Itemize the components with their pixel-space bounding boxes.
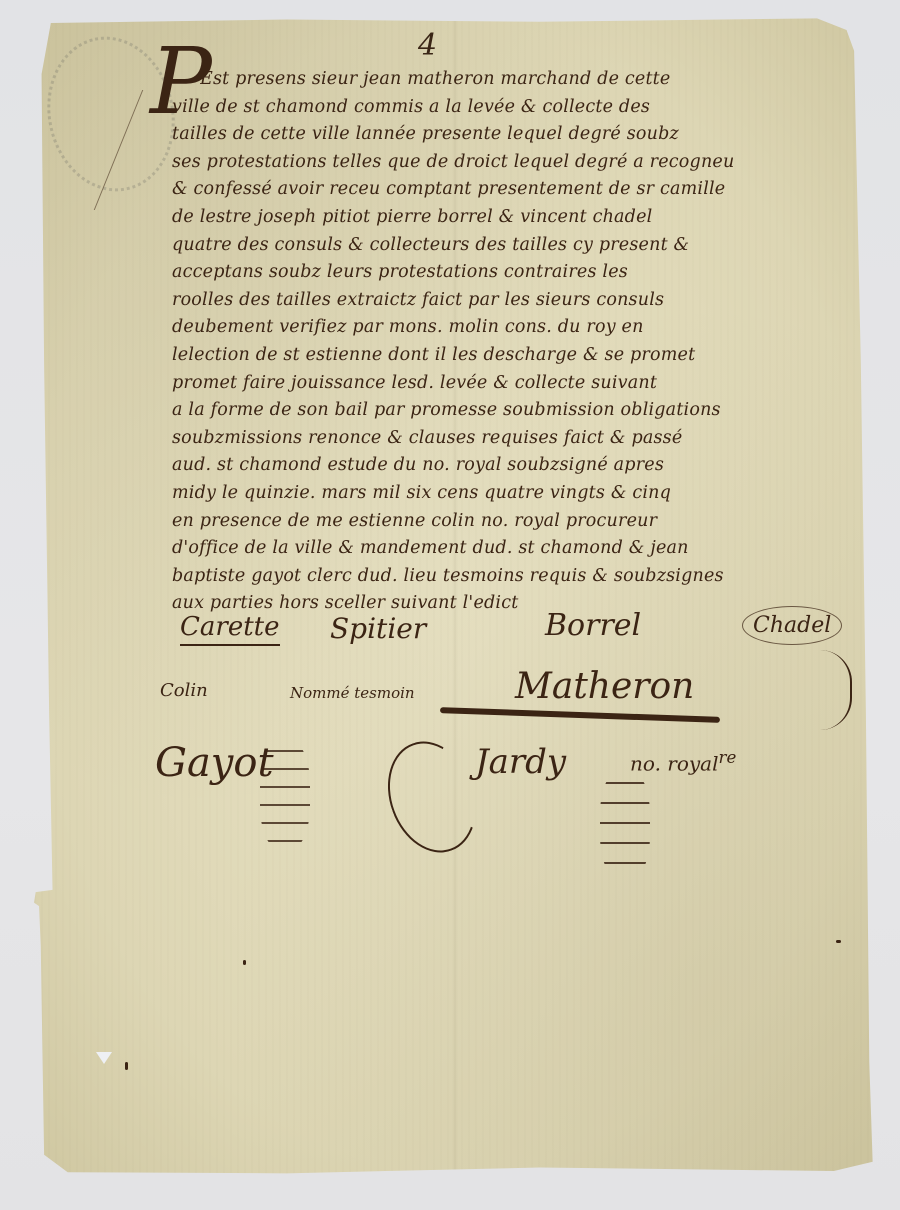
ink-speck bbox=[243, 960, 246, 965]
signature-colin: Colin bbox=[160, 680, 208, 701]
signature-chadel: Chadel bbox=[742, 606, 842, 645]
text-line: midy le quinzie. mars mil six cens quatr… bbox=[172, 480, 852, 508]
text-line: ses protestations telles que de droict l… bbox=[172, 149, 852, 177]
text-line: Est presens sieur jean matheron marchand… bbox=[200, 66, 852, 94]
text-line: tailles de cette ville lannée presente l… bbox=[172, 121, 852, 149]
text-line: en presence de me estienne colin no. roy… bbox=[172, 508, 852, 536]
text-line: lelection de st estienne dont il les des… bbox=[172, 342, 852, 370]
notary-title-superscript: re bbox=[719, 748, 737, 767]
signature-matheron: Matheron bbox=[515, 666, 694, 707]
notary-title-text: no. royal bbox=[630, 752, 719, 776]
signature-carette: Carette bbox=[180, 612, 280, 646]
text-line: deubement verifiez par mons. molin cons.… bbox=[172, 314, 852, 342]
text-line: roolles des tailles extraictz faict par … bbox=[172, 287, 852, 315]
page-number: 4 bbox=[418, 28, 437, 63]
text-line: aud. st chamond estude du no. royal soub… bbox=[172, 452, 852, 480]
text-line: promet faire jouissance lesd. levée & co… bbox=[172, 370, 852, 398]
text-line: baptiste gayot clerc dud. lieu tesmoins … bbox=[172, 563, 852, 591]
text-line: acceptans soubz leurs protestations cont… bbox=[172, 259, 852, 287]
ink-speck bbox=[125, 1062, 128, 1070]
text-line: ville de st chamond commis a la levée & … bbox=[172, 94, 852, 122]
text-line: de lestre joseph pitiot pierre borrel & … bbox=[172, 204, 852, 232]
notary-title: no. royalre bbox=[630, 748, 736, 776]
signature-borrel: Borrel bbox=[545, 608, 641, 643]
text-line: soubzmissions renonce & clauses requises… bbox=[172, 425, 852, 453]
paraph-flourish-spiral bbox=[600, 770, 650, 880]
text-line: quatre des consuls & collecteurs des tai… bbox=[172, 232, 852, 260]
text-line: & confessé avoir receu comptant presente… bbox=[172, 176, 852, 204]
text-line: a la forme de son bail par promesse soub… bbox=[172, 397, 852, 425]
signature-gayot: Gayot bbox=[155, 740, 274, 786]
document-body: Est presens sieur jean matheron marchand… bbox=[172, 66, 852, 618]
paraph-flourish-gayot bbox=[260, 740, 310, 850]
signature-spitier: Spitier bbox=[330, 612, 426, 645]
paper-hole bbox=[96, 1052, 112, 1064]
signature-jardy: Jardy bbox=[475, 742, 566, 782]
witness-note: Nommé tesmoin bbox=[290, 684, 415, 702]
ink-speck bbox=[836, 940, 841, 943]
text-line: d'office de la ville & mandement dud. st… bbox=[172, 535, 852, 563]
